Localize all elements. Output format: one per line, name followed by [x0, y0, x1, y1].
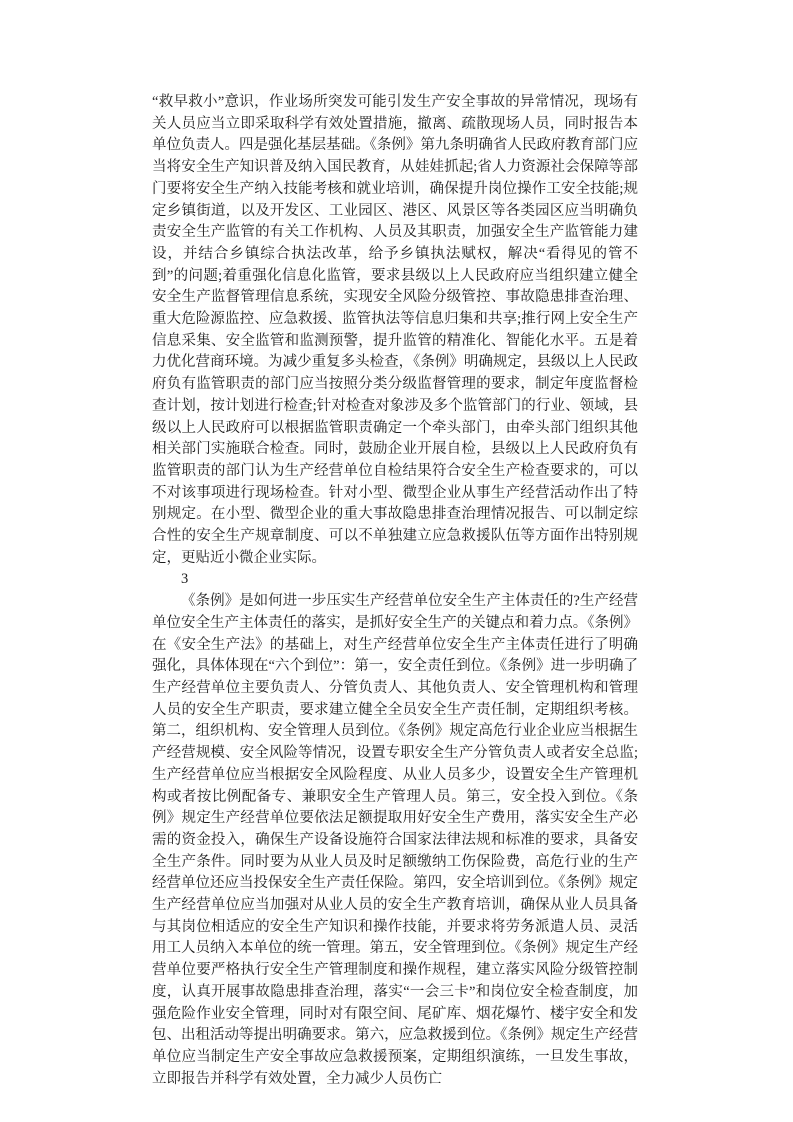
document-body: “救早救小”意识，作业场所突发可能引发生产安全事故的异常情况，现场有关人员应当立… [152, 92, 638, 1090]
paragraph-continuation: “救早救小”意识，作业场所突发可能引发生产安全事故的异常情况，现场有关人员应当立… [152, 92, 638, 569]
paragraph-question-3: 《条例》是如何进一步压实生产经营单位安全生产主体责任的?生产经营单位安全生产主体… [152, 591, 638, 1090]
document-page: “救早救小”意识，作业场所突发可能引发生产安全事故的异常情况，现场有关人员应当立… [0, 0, 793, 1122]
question-number: 3 [152, 569, 638, 591]
